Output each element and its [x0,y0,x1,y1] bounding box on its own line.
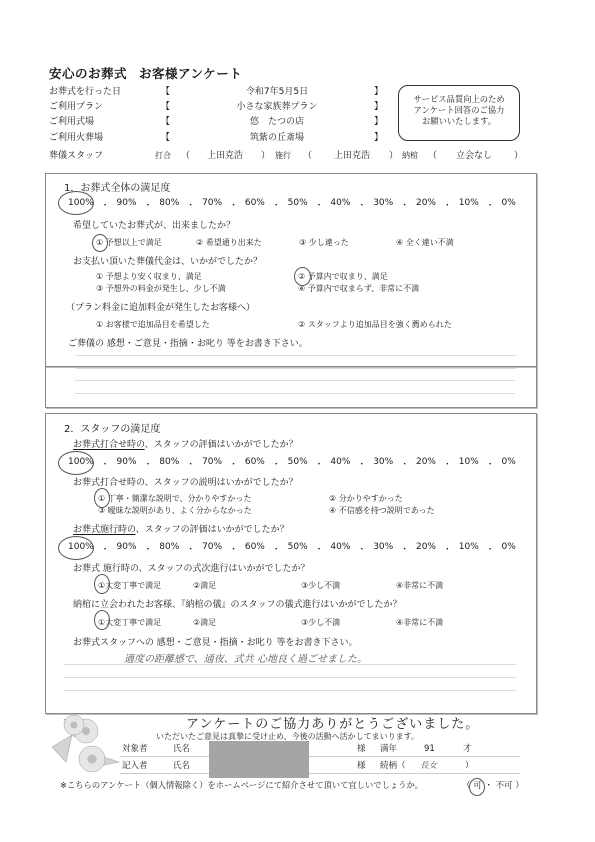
bracket-open: 【 [161,116,170,128]
paren-open: （ [303,150,312,162]
option-progress-2[interactable]: ②満足 [193,580,216,591]
percent-option-80[interactable]: 80% [159,542,179,555]
relation-label: 続柄（ [380,759,406,773]
bracket-close: 】 [374,116,383,128]
info-row-plan: ご利用プラン 【 小さな家族葬プラン 】 [49,101,389,113]
percent-option-40[interactable]: 40% [330,457,350,470]
info-label: お葬式を行った日 [49,86,121,98]
info-row-crematorium: ご利用火葬場 【 筑紫の丘斎場 】 [49,132,389,144]
separator: ・ [229,457,238,470]
writer-row: 記入者 氏名 様 続柄（ 長女 ） [120,759,520,774]
separator: ・ [443,542,452,555]
bracket-close: 】 [374,101,383,113]
title-survey: お客様アンケート [139,66,242,81]
staff-service-value[interactable]: 上田克浩 [334,150,370,162]
paren-close: ） [514,150,523,162]
question-emphasis: お葬式施行時の [73,525,136,535]
consent-row: ※こちらのアンケート（個人情報除く）をホームページにて紹介させて頂いて宜しいでし… [60,779,423,791]
info-value-plan[interactable]: 小さな家族葬プラン [179,101,375,113]
info-value-crematorium[interactable]: 筑紫の丘斎場 [179,132,375,144]
percent-option-90[interactable]: 90% [117,457,137,470]
question-service-rating: お葬式施行時の、スタッフの評価はいかがでしたか？ [73,522,289,535]
paren-close: ） [465,759,474,773]
notice-line: お願いいたします。 [399,116,519,127]
section-title: 2．スタッフの満足度 [64,420,160,435]
info-row-date: お葬式を行った日 【 令和7年5月5日 】 [49,86,389,98]
subject-label: 対象者 [122,742,148,756]
question-text: 、スタッフの評価はいかがでしたか？ [136,525,289,535]
percent-option-10[interactable]: 10% [459,542,479,555]
percent-scale-meeting: 100% ・ 90% ・ 80% ・ 70% ・ 60% ・ 50% ・ 40%… [68,457,516,470]
percent-option-20[interactable]: 20% [416,457,436,470]
separator: ・ [486,457,495,470]
paren-open: （ [181,150,190,162]
question-ceremony-progress: お葬式 施行時の、スタッフの式次進行はいかがでしたか？ [73,561,310,574]
staff-label: 葬儀スタッフ [49,150,103,162]
separator: ・ [186,542,195,555]
comment-handwritten[interactable]: 適度の距離感で、通夜、式共 心地良く過ごせました。 [124,650,367,665]
consent-no[interactable]: 不可 [496,781,513,791]
comment-line [64,664,516,665]
age-label: 満年 [380,742,397,756]
question-meeting-rating: お葬式打合せ時の、スタッフの評価はいかがでしたか？ [73,437,298,450]
separator: ・ [101,542,110,555]
paren-close: ） [389,150,398,162]
title-brand: 安心のお葬式 [49,66,127,81]
percent-option-70[interactable]: 70% [202,457,222,470]
consent-options: （ 可 ・ 不可 ） [462,779,524,791]
bracket-close: 】 [374,132,383,144]
comment-line [64,690,516,691]
option-progress-3[interactable]: ③少し不満 [301,580,340,591]
separator: ・ [486,542,495,555]
percent-option-70[interactable]: 70% [202,542,222,555]
selection-circle-service [58,536,94,560]
percent-option-50[interactable]: 50% [288,457,308,470]
notice-line: サービス品質向上のため [399,94,519,105]
separator: ・ [101,457,110,470]
paren-close: ） [261,150,270,162]
consent-yes[interactable]: 可 [473,781,482,791]
info-value-hall[interactable]: 悠 たつの店 [179,116,375,128]
selection-circle-encoffin [94,610,110,630]
percent-option-0[interactable]: 0% [502,457,516,470]
writer-label: 記入者 [122,759,148,773]
percent-option-60[interactable]: 60% [245,542,265,555]
staff-row: 葬儀スタッフ 打合 （ 上田克浩 ） 施行 （ 上田克浩 ） 納棺 （ 立会なし… [49,150,529,162]
info-value-date[interactable]: 令和7年5月5日 [179,86,375,98]
page-title: 安心のお葬式お客様アンケート [49,64,242,82]
percent-option-10[interactable]: 10% [459,457,479,470]
selection-circle-meeting [58,451,94,475]
separator: ・ [357,457,366,470]
relation-value[interactable]: 長女 [420,759,437,773]
percent-scale-service: 100% ・ 90% ・ 80% ・ 70% ・ 60% ・ 50% ・ 40%… [68,542,516,555]
comment-line [64,677,516,678]
section-staff-satisfaction: 2．スタッフの満足度 お葬式打合せ時の、スタッフの評価はいかがでしたか？ 100… [45,413,537,714]
separator: ・ [315,457,324,470]
selection-circle-progress [94,574,110,594]
option-encoffin-3[interactable]: ③少し不満 [301,617,340,628]
question-encoffin-progress: 納棺に立会われたお客様、『納棺の儀』のスタッフの儀式進行はいかがでしたか？ [73,597,402,610]
percent-option-80[interactable]: 80% [159,457,179,470]
percent-option-30[interactable]: 30% [373,542,393,555]
bracket-close: 】 [374,86,383,98]
section-overall-frame [45,173,537,408]
option-encoffin-4[interactable]: ④非常に不満 [396,617,443,628]
honorific: 様 [357,759,366,773]
separator: ・ [315,542,324,555]
question-text: 、スタッフの評価はいかがでしたか？ [145,440,298,450]
staff-service-label: 施行 [275,150,291,162]
info-row-hall: ご利用式場 【 悠 たつの店 】 [49,116,389,128]
honorific: 様 [357,742,366,756]
question-emphasis: お葬式打合せ時の [73,440,145,450]
option-explain-4[interactable]: ④ 不信感を持つ説明であった [329,505,435,516]
percent-option-40[interactable]: 40% [330,542,350,555]
option-explain-1[interactable]: ① 丁寧・簡潔な説明で、分かりやすかった [98,493,252,504]
info-label: ご利用式場 [49,116,94,128]
paren-open: （ [428,150,437,162]
separator: ・ [484,781,493,791]
age-unit: 才 [463,742,472,756]
info-label: ご利用火葬場 [49,132,103,144]
staff-encoffin-label: 納棺 [402,150,418,162]
bracket-open: 【 [161,132,170,144]
percent-option-90[interactable]: 90% [117,542,137,555]
separator: ・ [357,542,366,555]
paren-close: ） [515,781,524,791]
separator: ・ [143,542,152,555]
separator: ・ [186,457,195,470]
separator: ・ [400,542,409,555]
option-explain-3[interactable]: ③ 曖昧な説明があり、よく分からなかった [98,505,252,516]
comment-prompt-staff: お葬式スタッフへの 感想・ご意見・指摘・お叱り 等をお書き下さい。 [73,635,358,648]
separator: ・ [400,457,409,470]
separator: ・ [229,542,238,555]
separator: ・ [272,542,281,555]
percent-option-20[interactable]: 20% [416,542,436,555]
bracket-open: 【 [161,86,170,98]
subject-row: 対象者 氏名 様 満年 91 才 [120,742,520,757]
notice-line: アンケート回答のご協力 [399,105,519,116]
option-encoffin-2[interactable]: ②満足 [193,617,216,628]
thanks-heading: アンケートのご協力ありがとうございました。 [186,713,479,732]
question-meeting-explanation: お葬式打合せ時の、スタッフの説明はいかがでしたか？ [73,475,298,488]
separator: ・ [443,457,452,470]
staff-meeting-value[interactable]: 上田克浩 [207,150,243,162]
age-value[interactable]: 91 [424,742,435,756]
option-explain-2[interactable]: ② 分かりやすかった [329,493,403,504]
info-label: ご利用プラン [49,101,103,113]
name-label: 氏名 [173,759,190,773]
redacted-names [209,741,309,778]
selection-circle-consent [469,778,485,796]
separator: ・ [143,457,152,470]
percent-option-0[interactable]: 0% [502,542,516,555]
percent-option-60[interactable]: 60% [245,457,265,470]
percent-option-50[interactable]: 50% [288,542,308,555]
option-progress-4[interactable]: ④非常に不満 [396,580,443,591]
name-label: 氏名 [173,742,190,756]
staff-encoffin-value[interactable]: 立会なし [456,150,492,162]
bracket-open: 【 [161,101,170,113]
separator: ・ [272,457,281,470]
flower-icon [44,707,124,777]
selection-circle-explain [94,488,110,508]
staff-meeting-label: 打合 [155,150,171,162]
notice-box: サービス品質向上のため アンケート回答のご協力 お願いいたします。 [398,85,520,141]
consent-question: ※こちらのアンケート（個人情報除く）をホームページにて紹介させて頂いて宜しいでし… [60,780,423,790]
percent-option-30[interactable]: 30% [373,457,393,470]
